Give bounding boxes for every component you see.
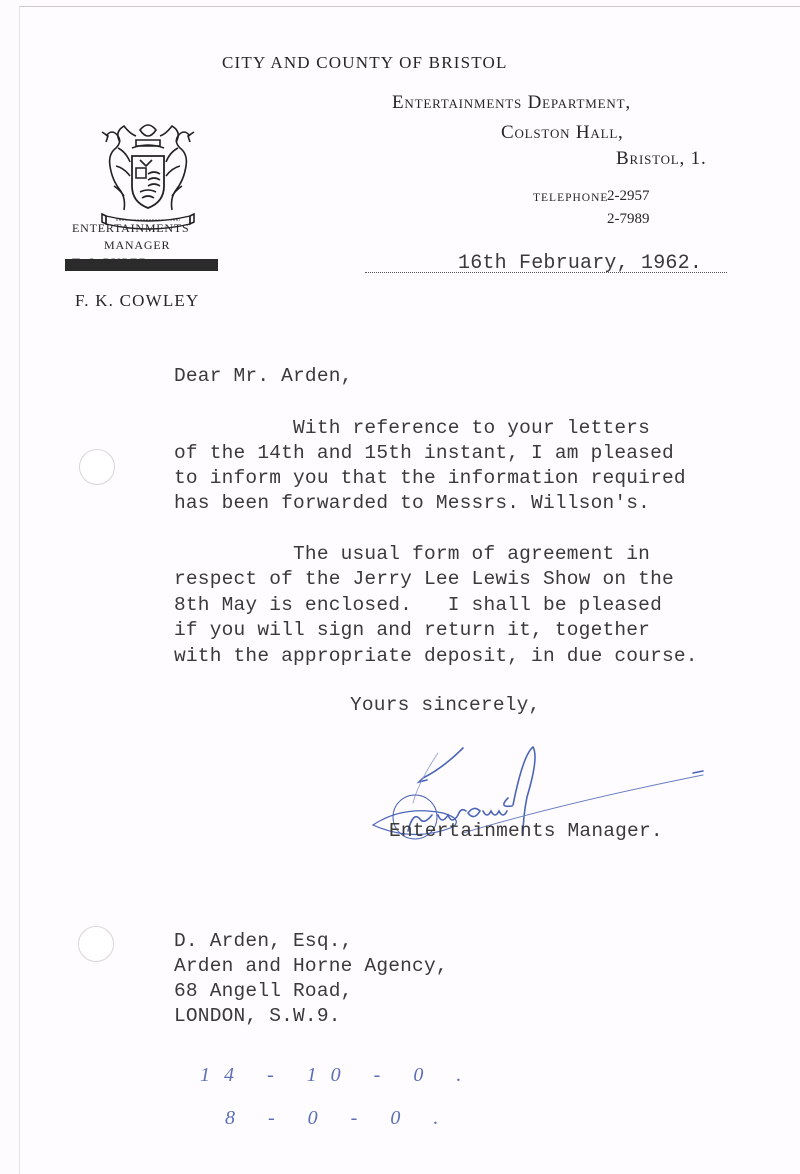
handwritten-note-line2: 8 - 0 - 0 . — [225, 1107, 452, 1130]
paragraph2-line: 8th May is enclosed. I shall be pleased — [174, 594, 662, 616]
manager-name: F. K. COWLEY — [75, 291, 199, 311]
paragraph2-line: The usual form of agreement in — [174, 543, 650, 565]
paragraph1-line: has been forwarded to Messrs. Willson's. — [174, 492, 650, 514]
paragraph1-line: to inform you that the information requi… — [174, 467, 686, 489]
letter-date: 16th February, 1962. — [458, 252, 702, 275]
paragraph1-line: of the 14th and 15th instant, I am pleas… — [174, 442, 674, 464]
punch-hole — [79, 449, 115, 485]
telephone-number-1: 2-2957 — [607, 188, 650, 205]
paragraph2-line: respect of the Jerry Lee Lewis Show on t… — [174, 568, 674, 590]
paragraph2-line: with the appropriate deposit, in due cou… — [174, 645, 698, 667]
recipient-line: LONDON, S.W.9. — [174, 1005, 341, 1027]
letterhead-city: Bristol, 1. — [616, 148, 707, 170]
salutation: Dear Mr. Arden, — [174, 365, 353, 387]
letterhead-authority: CITY AND COUNTY OF BRISTOL — [222, 53, 508, 73]
telephone-label: TELEPHONE — [533, 192, 608, 204]
coat-of-arms-icon — [88, 98, 192, 213]
recipient-line: D. Arden, Esq., — [174, 930, 353, 952]
signatory-title: Entertainments Manager. — [389, 820, 663, 842]
closing: Yours sincerely, — [350, 694, 540, 716]
telephone-number-2: 2-7989 — [607, 211, 650, 228]
paragraph1-line: With reference to your letters — [174, 417, 650, 439]
manager-title-line1: ENTERTAINMENTS — [72, 221, 190, 236]
paragraph2-line: if you will sign and return it, together — [174, 619, 650, 641]
punch-hole — [78, 926, 114, 962]
handwritten-signature-icon — [355, 725, 700, 830]
recipient-line: 68 Angell Road, — [174, 980, 353, 1002]
redaction-bar — [65, 259, 218, 271]
letterhead-department: Entertainments Department, — [392, 92, 631, 114]
handwritten-note-line1: 14 - 10 - 0 . — [200, 1064, 475, 1087]
letterhead-venue: Colston Hall, — [501, 122, 624, 144]
recipient-line: Arden and Horne Agency, — [174, 955, 448, 977]
manager-title-line2: MANAGER — [104, 238, 170, 253]
